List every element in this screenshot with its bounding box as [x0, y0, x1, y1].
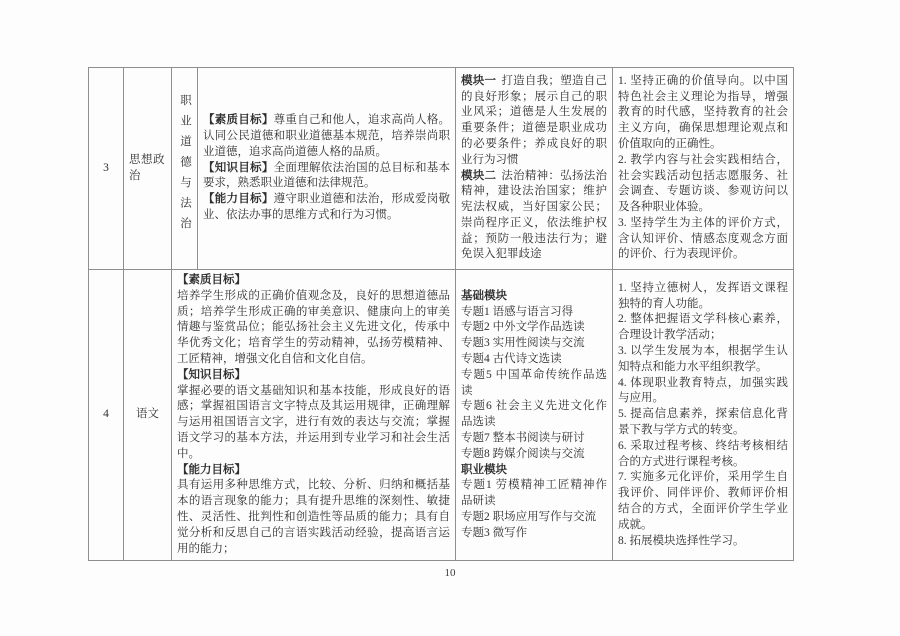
row-number: 3: [103, 162, 109, 174]
objective-text: 具有运用多种思维方式，比较、分析、归纳和概括基本的语言现象的能力；具有提升思维的…: [177, 478, 450, 557]
objective-text: 培养学生形成的正确价值观念及，良好的思想道德品质；培养学生形成正确的审美意识、健…: [177, 289, 450, 368]
module-paragraph: 模块一打造自我；塑造自己的良好形象；展示自己的职业风采；道德是人生发展的重要条件…: [461, 74, 607, 169]
row-number-cell: 3: [89, 68, 124, 270]
objectives-cell: 【素质目标】尊重自己和他人，追求高尚人格。认同公民道德和职业道德基本规范，培养崇…: [198, 68, 456, 270]
sub-course-cell: 职业道德与法治: [172, 68, 198, 270]
objective-label: 【能力目标】: [177, 463, 450, 479]
table-row: 3 思想政治 职业道德与法治 【素质目标】尊重自己和他人，追求高尚人格。认同公民…: [89, 68, 794, 270]
objective-label: 【素质目标】: [177, 273, 450, 289]
requirement-item: 5. 提高信息素养，探索信息化背景下教与学方式的转变。: [618, 407, 788, 439]
module-topic: 专题3 实用性阅读与交流: [461, 336, 607, 352]
requirement-item: 2. 教学内容与社会实践相结合，社会实践活动包括志愿服务、社会调查、专题访谈、参…: [618, 153, 788, 216]
requirement-item: 8. 拓展模块选择性学习。: [618, 534, 788, 550]
module-group-header: 基础模块: [461, 289, 607, 305]
course-name: 思想政治: [129, 153, 166, 185]
page-number: 10: [0, 567, 900, 579]
module-paragraph: 模块二法治精神：弘扬法治精神，建设法治国家；维护宪法权威，当好国家公民；崇尚程序…: [461, 169, 607, 264]
requirement-item: 1. 坚持立德树人，发挥语文课程独特的育人功能。: [618, 281, 788, 313]
course-name-cell: 思想政治: [124, 68, 172, 270]
module-topic: 专题1 劳模精神工匠精神作品研读: [461, 478, 607, 510]
modules-cell: 基础模块 专题1 语感与语言习得 专题2 中外文学作品选读 专题3 实用性阅读与…: [456, 270, 613, 561]
module-topic: 专题4 古代诗文选读: [461, 352, 607, 368]
requirement-item: 4. 体现职业教育特点，加强实践与应用。: [618, 376, 788, 408]
objective-paragraph: 【素质目标】尊重自己和他人，追求高尚人格。认同公民道德和职业道德基本规范，培养崇…: [203, 113, 450, 160]
objectives-cell: 【素质目标】 培养学生形成的正确价值观念及，良好的思想道德品质；培养学生形成正确…: [172, 270, 456, 561]
module-topic: 专题5 中国革命传统作品选读: [461, 368, 607, 400]
objective-label: 【素质目标】: [203, 114, 274, 126]
module-topic: 专题6 社会主义先进文化作品选读: [461, 399, 607, 431]
module-topic: 专题7 整本书阅读与研讨: [461, 431, 607, 447]
table-row: 4 语文 【素质目标】 培养学生形成的正确价值观念及，良好的思想道德品质；培养学…: [89, 270, 794, 561]
module-label: 模块一: [461, 75, 496, 87]
module-topic: 专题1 语感与语言习得: [461, 305, 607, 321]
objective-label: 【知识目标】: [177, 368, 450, 384]
requirement-item: 3. 以学生发展为本，根据学生认知特点和能力水平组织教学。: [618, 344, 788, 376]
row-number: 4: [103, 408, 109, 420]
module-text: 打造自我；塑造自己的良好形象；展示自己的职业风采；道德是人生发展的重要条件；道德…: [461, 75, 607, 166]
objective-paragraph: 【知识目标】全面理解依法治国的总目标和基本要求，熟悉职业道德和法律规范。: [203, 161, 450, 193]
module-group-header: 职业模块: [461, 463, 607, 479]
requirements-cell: 1. 坚持立德树人，发挥语文课程独特的育人功能。 2. 整体把握语文学科核心素养…: [613, 270, 794, 561]
module-topic: 专题2 中外文学作品选读: [461, 320, 607, 336]
module-label: 模块二: [461, 170, 496, 182]
module-topic: 专题3 微写作: [461, 526, 607, 542]
module-text: 法治精神：弘扬法治精神，建设法治国家；维护宪法权威，当好国家公民；崇尚程序正义，…: [461, 170, 607, 261]
module-topic: 专题2 职场应用写作与交流: [461, 510, 607, 526]
requirement-item: 7. 实施多元化评价，采用学生自我评价、同伴评价、教师评价相结合的方式，全面评价…: [618, 470, 788, 533]
curriculum-table: 3 思想政治 职业道德与法治 【素质目标】尊重自己和他人，追求高尚人格。认同公民…: [88, 67, 794, 561]
course-name-cell: 语文: [124, 270, 172, 561]
requirement-item: 3. 坚持学生为主体的评价方式，含认知评价、情感态度观念方面的评价、行为表现评价…: [618, 216, 788, 263]
requirement-item: 6. 采取过程考核、终结考核相结合的方式进行课程考核。: [618, 439, 788, 471]
objective-label: 【知识目标】: [203, 162, 274, 174]
objective-paragraph: 【能力目标】遵守职业道德和法治，形成爱岗敬业、依法办事的思维方式和行为习惯。: [203, 192, 450, 224]
module-topic: 专题8 跨媒介阅读与交流: [461, 447, 607, 463]
requirement-item: 1. 坚持正确的价值导向。以中国特色社会主义理论为指导，增强教育的时代感，坚持教…: [618, 74, 788, 153]
requirement-item: 2. 整体把握语文学科核心素养，合理设计教学活动；: [618, 312, 788, 344]
objective-text: 掌握必要的语文基础知识和基本技能，形成良好的语感；掌握祖国语言文字特点及其运用规…: [177, 384, 450, 463]
objective-label: 【能力目标】: [203, 193, 274, 205]
modules-cell: 模块一打造自我；塑造自己的良好形象；展示自己的职业风采；道德是人生发展的重要条件…: [456, 68, 613, 270]
sub-course-name: 职业道德与法治: [177, 94, 193, 238]
document-page: 3 思想政治 职业道德与法治 【素质目标】尊重自己和他人，追求高尚人格。认同公民…: [0, 0, 900, 636]
requirements-cell: 1. 坚持正确的价值导向。以中国特色社会主义理论为指导，增强教育的时代感，坚持教…: [613, 68, 794, 270]
row-number-cell: 4: [89, 270, 124, 561]
course-name: 语文: [136, 408, 159, 420]
